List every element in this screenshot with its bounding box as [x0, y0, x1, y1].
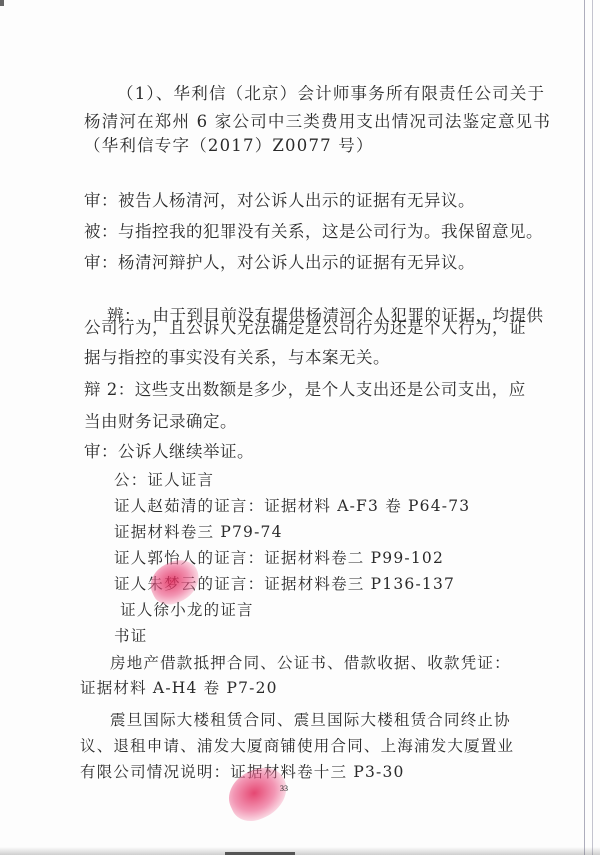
scan-bottom-shadow: [0, 847, 600, 855]
page-number: 33: [280, 784, 288, 793]
page-edge-line: [584, 0, 585, 855]
transcript-line: 审：杨清河辩护人，对公诉人出示的证据有无异议。: [84, 253, 475, 273]
speaker-label: 辩 2：: [84, 380, 135, 399]
scanned-document-page: （1）、华利信（北京）会计师事务所有限责任公司关于 杨清河在郑州 6 家公司中三…: [0, 0, 600, 855]
speech-text: 当由财务记录确定。: [84, 412, 237, 431]
evidence-intro: 公：证人证言: [114, 470, 214, 490]
speaker-label: 审：: [84, 442, 118, 461]
heading-line-1: （1）、华利信（北京）会计师事务所有限责任公司关于: [117, 84, 545, 104]
heading-line-3: （华利信专字（2017）Z0077 号）: [84, 136, 374, 156]
documentary-item-line: 震旦国际大楼租赁合同、震旦国际大楼租赁合同终止协: [110, 710, 511, 730]
speech-text: 被告人杨清河，对公诉人出示的证据有无异议。: [118, 191, 475, 210]
speech-text: 杨清河辩护人，对公诉人出示的证据有无异议。: [118, 253, 475, 272]
speech-text: 这些支出数额是多少，是个人支出还是公司支出，应: [135, 380, 526, 399]
page-edge-line: [592, 0, 593, 855]
speech-text: 公诉人继续举证。: [118, 442, 254, 461]
documentary-item-line: 证据材料 A-H4 卷 P7-20: [80, 678, 278, 698]
speaker-label: 审：: [84, 191, 118, 210]
transcript-line: 审：被告人杨清河，对公诉人出示的证据有无异议。: [84, 191, 475, 211]
witness-item: 证人赵茹清的证言：证据材料 A-F3 卷 P64-73: [114, 496, 470, 516]
speech-text: 公司行为，且公诉人无法确定是公司行为还是个人行为，证: [84, 318, 526, 337]
transcript-line: 公司行为，且公诉人无法确定是公司行为还是个人行为，证: [84, 318, 526, 338]
witness-item: 证人徐小龙的证言: [114, 600, 254, 620]
witness-item: 证据材料卷三 P79-74: [114, 522, 283, 542]
transcript-line: 当由财务记录确定。: [84, 412, 237, 432]
scan-corner-artifact: [0, 0, 4, 6]
transcript-line: 被：与指控我的犯罪没有关系，这是公司行为。我保留意见。: [84, 222, 543, 242]
heading-line-2: 杨清河在郑州 6 家公司中三类费用支出情况司法鉴定意见书: [84, 112, 551, 132]
transcript-line: 审：公诉人继续举证。: [84, 442, 254, 462]
documentary-item-line: 议、退租申请、浦发大厦商铺使用合同、上海浦发大厦置业: [80, 736, 514, 756]
speaker-label: 被：: [84, 222, 118, 241]
speaker-label: 审：: [84, 253, 118, 272]
speech-text: 与指控我的犯罪没有关系，这是公司行为。我保留意见。: [118, 222, 543, 241]
speech-text: 据与指控的事实没有关系，与本案无关。: [84, 348, 390, 367]
documentary-item-line: 房地产借款抵押合同、公证书、借款收据、收款凭证：: [110, 653, 511, 673]
documentary-evidence-heading: 书证: [114, 626, 147, 646]
transcript-line: 据与指控的事实没有关系，与本案无关。: [84, 348, 390, 368]
transcript-line: 辩 2：这些支出数额是多少，是个人支出还是公司支出，应: [84, 380, 526, 400]
